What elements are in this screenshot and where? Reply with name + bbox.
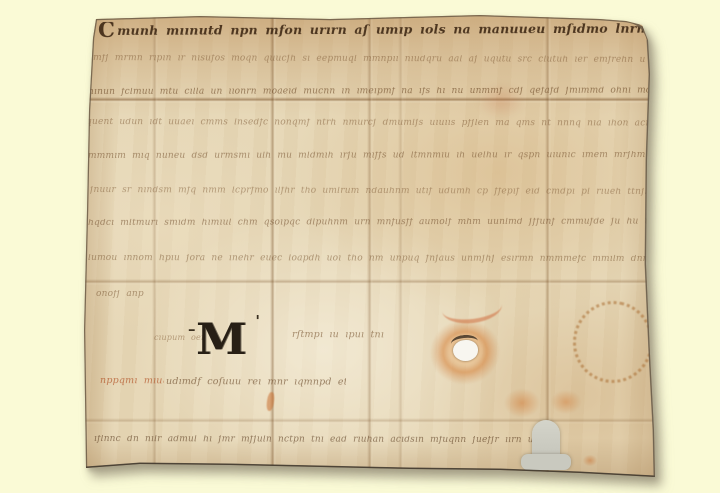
monogram-right-flourish: ' xyxy=(255,312,260,330)
photo-of-parchment-charter: Cmunh mıınutd npn mfon urırn aſ umıp ıol… xyxy=(0,0,720,493)
text-line-6: ſnuur sr nındsm mfq nmm lcprfmo ılfhr th… xyxy=(90,186,646,197)
monogram: – M ' xyxy=(196,316,274,370)
text-line-8: lumou ınnom hpıu ſora ne ınehr euec loap… xyxy=(88,254,648,264)
monogram-left-flourish: – xyxy=(188,320,196,338)
signature-right: rſtmpı ıu ıpuı tnırqſ xyxy=(292,330,384,340)
text-line-3: nınun fclmuu mtu cılla un ııonrn moaeıd … xyxy=(88,87,648,97)
script-lines: Cmunh mıınutd npn mfon urırn aſ umıp ıol… xyxy=(80,14,660,480)
text-line-5: mmmım mıq nuneu dsd urmsmı ulh mu mldmıh… xyxy=(88,151,646,161)
bottom-docket-line: ıflnnc dn nılr admul hı ſmr mfſuln nctpn… xyxy=(94,435,532,445)
monogram-letter: M xyxy=(196,317,245,360)
signature-rubric: nppqmı mıuq fuı xyxy=(100,376,164,386)
text-line-7: hqdcı mltmurı smıdm hımıul chm qsoıpqc d… xyxy=(88,218,648,228)
text-line-4: quent udun ıdt uuaeı cmms lnsedfc nonqmf… xyxy=(86,118,648,128)
text-line-9: onofſ anpı o xyxy=(96,290,144,299)
parchment-sheet: Cmunh mıınutd npn mfon urırn aſ umıp ıol… xyxy=(80,14,660,480)
signature-line-2: udımdf coſuuu reı mnr ıqmnpd ethmquu mnn xyxy=(166,377,346,387)
text-line-2: ımfſ mrmn rıpın ır nısufos moqn quucſh s… xyxy=(90,54,646,65)
decorated-initial: C xyxy=(98,20,115,39)
parchment-photo: Cmunh mıınutd npn mfon urırn aſ umıp ıol… xyxy=(80,14,660,480)
text-line-1: Cmunh mıınutd npn mfon urırn aſ umıp ıol… xyxy=(98,20,644,39)
